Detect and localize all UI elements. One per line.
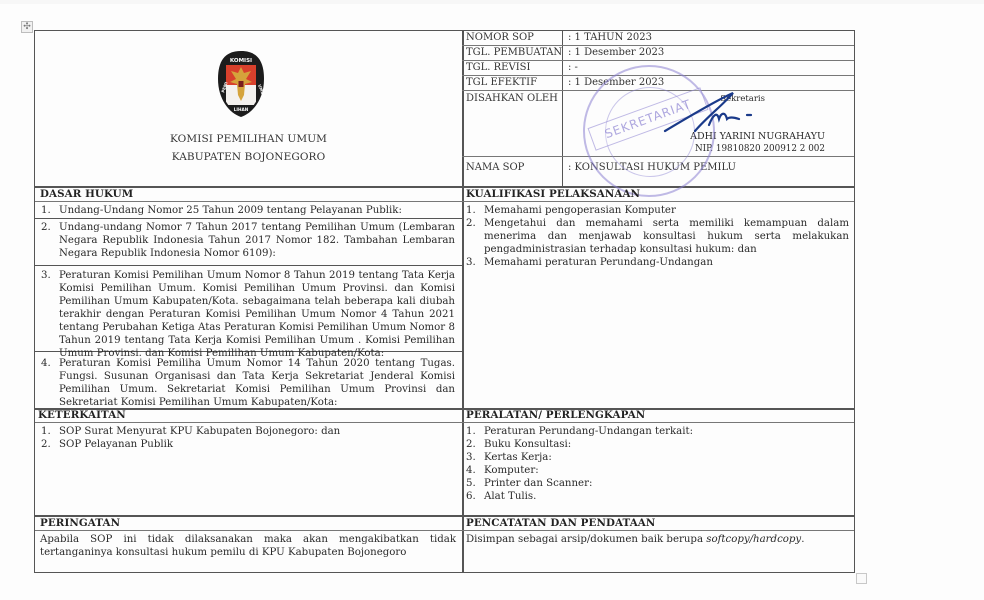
pencatatan-text-prefix: Disimpan sebagai arsip/dokumen baik beru…: [466, 534, 706, 545]
section-title-line: [35, 530, 854, 531]
keterkaitan-list: 1.SOP Surat Menyurat KPU Kabupaten Bojon…: [41, 425, 455, 451]
list-item-text: Komputer:: [484, 465, 539, 476]
peralatan-list: 1.Peraturan Perundang-Undangan terkait: …: [466, 425, 849, 503]
list-item: 6.Alat Tulis.: [466, 490, 849, 503]
list-item: 3.Peraturan Komisi Pemilihan Umum Nomor …: [41, 269, 455, 352]
peringatan-text: Apabila SOP ini tidak dilaksanakan maka …: [40, 533, 456, 559]
list-item-text: Buku Konsultasi:: [484, 439, 571, 450]
list-item: 2.SOP Pelayanan Publik: [41, 438, 455, 451]
kpu-logo-icon: KOMISI LIHAN PEMI UMUM: [216, 49, 266, 119]
list-item: 4.Komputer:: [466, 464, 849, 477]
meta-value-tgl-revisi: : -: [568, 62, 578, 73]
list-item: 1.Memahami pengoperasian Komputer: [466, 204, 849, 217]
list-item-text: Mengetahui dan memahami serta memiliki k…: [484, 218, 849, 255]
org-name-line1: KOMISI PEMILIHAN UMUM: [35, 133, 462, 145]
column-divider: [462, 31, 464, 572]
meta-label-tgl-revisi: TGL. REVISI: [466, 62, 530, 73]
svg-text:KOMISI: KOMISI: [230, 58, 252, 64]
section-title-line: [35, 422, 854, 423]
meta-value-nomor-sop: : 1 TAHUN 2023: [568, 32, 652, 43]
list-item: 3.Memahami peraturan Perundang-Undangan: [466, 256, 849, 269]
section-title-kualifikasi: KUALIFIKASI PELAKSANAAN: [466, 188, 640, 200]
list-item-text: SOP Pelayanan Publik: [59, 439, 173, 450]
list-item: 3.Kertas Kerja:: [466, 451, 849, 464]
list-item-text: Peraturan Komisi Pemiliha Umum Nomor 14 …: [59, 358, 455, 408]
approval-nip: NIP. 19810820 200912 2 002: [595, 143, 825, 156]
document-page: ✣: [0, 4, 984, 600]
list-item: 1.Peraturan Perundang-Undangan terkait:: [466, 425, 849, 438]
move-icon: ✣: [23, 22, 31, 32]
list-item: 4.Peraturan Komisi Pemiliha Umum Nomor 1…: [41, 357, 455, 409]
dasar-hukum-list: 1.Undang-Undang Nomor 25 Tahun 2009 tent…: [41, 204, 455, 409]
section-title-keterkaitan: KETERKAITAN: [38, 409, 126, 421]
meta-row-line: [462, 45, 854, 46]
list-item-text: Printer dan Scanner:: [484, 478, 592, 489]
list-item: 2.Buku Konsultasi:: [466, 438, 849, 451]
list-item-text: Peraturan Komisi Pemilihan Umum Nomor 8 …: [59, 270, 455, 359]
section-title-line: [35, 201, 854, 202]
signature: [655, 89, 795, 139]
meta-row-line: [462, 75, 854, 76]
list-item: 2.Mengetahui dan memahami serta memiliki…: [466, 217, 849, 256]
list-item-text: SOP Surat Menyurat KPU Kabupaten Bojoneg…: [59, 426, 340, 437]
meta-value-tgl-efektif: : 1 Desember 2023: [568, 77, 664, 88]
list-item-text: Peraturan Perundang-Undangan terkait:: [484, 426, 693, 437]
meta-value-tgl-pembuatan: : 1 Desember 2023: [568, 47, 664, 58]
meta-label-nomor-sop: NOMOR SOP: [466, 32, 534, 43]
svg-text:LIHAN: LIHAN: [234, 107, 249, 112]
pencatatan-text-italic: softcopy/hardcopy: [706, 534, 801, 545]
kualifikasi-list: 1.Memahami pengoperasian Komputer 2.Meng…: [466, 204, 849, 269]
meta-label-tgl-pembuatan: TGL. PEMBUATAN: [466, 47, 562, 58]
table-resize-handle[interactable]: [856, 573, 867, 584]
meta-label-disahkan-oleh: DISAHKAN OLEH: [466, 93, 558, 104]
meta-value-nama-sop: : KONSULTASI HUKUM PEMILU: [568, 162, 736, 173]
list-item-text: Kertas Kerja:: [484, 452, 552, 463]
list-item: 1.SOP Surat Menyurat KPU Kabupaten Bojon…: [41, 425, 455, 438]
org-name-line2: KABUPATEN BOJONEGORO: [35, 151, 462, 163]
section-title-peringatan: PERINGATAN: [40, 517, 120, 529]
list-item-text: Memahami pengoperasian Komputer: [484, 205, 676, 216]
meta-row-line: [462, 60, 854, 61]
list-item-text: Undang-undang Nomor 7 Tahun 2017 tentang…: [59, 222, 455, 259]
section-line: [35, 515, 854, 517]
list-item-text: Undang-Undang Nomor 25 Tahun 2009 tentan…: [59, 205, 402, 216]
header-bottom-line: [35, 186, 854, 188]
meta-row-line: [462, 156, 854, 157]
list-item-text: Alat Tulis.: [484, 491, 536, 502]
section-title-peralatan: PERALATAN/ PERLENGKAPAN: [466, 409, 645, 421]
pencatatan-text: Disimpan sebagai arsip/dokumen baik beru…: [466, 533, 849, 546]
meta-label-tgl-efektif: TGL EFEKTIF: [466, 77, 537, 88]
section-title-dasar-hukum: DASAR HUKUM: [40, 188, 133, 200]
list-item: 2.Undang-undang Nomor 7 Tahun 2017 tenta…: [41, 221, 455, 266]
list-item-text: Memahami peraturan Perundang-Undangan: [484, 257, 713, 268]
table-move-handle[interactable]: ✣: [21, 21, 33, 33]
list-item: 5.Printer dan Scanner:: [466, 477, 849, 490]
section-title-pencatatan: PENCATATAN DAN PENDATAAN: [466, 517, 655, 529]
meta-label-nama-sop: NAMA SOP: [466, 162, 524, 173]
sop-table: KOMISI LIHAN PEMI UMUM KOMISI PEMILIHAN …: [34, 30, 855, 573]
list-item: 1.Undang-Undang Nomor 25 Tahun 2009 tent…: [41, 204, 455, 219]
pencatatan-text-suffix: .: [801, 534, 804, 545]
